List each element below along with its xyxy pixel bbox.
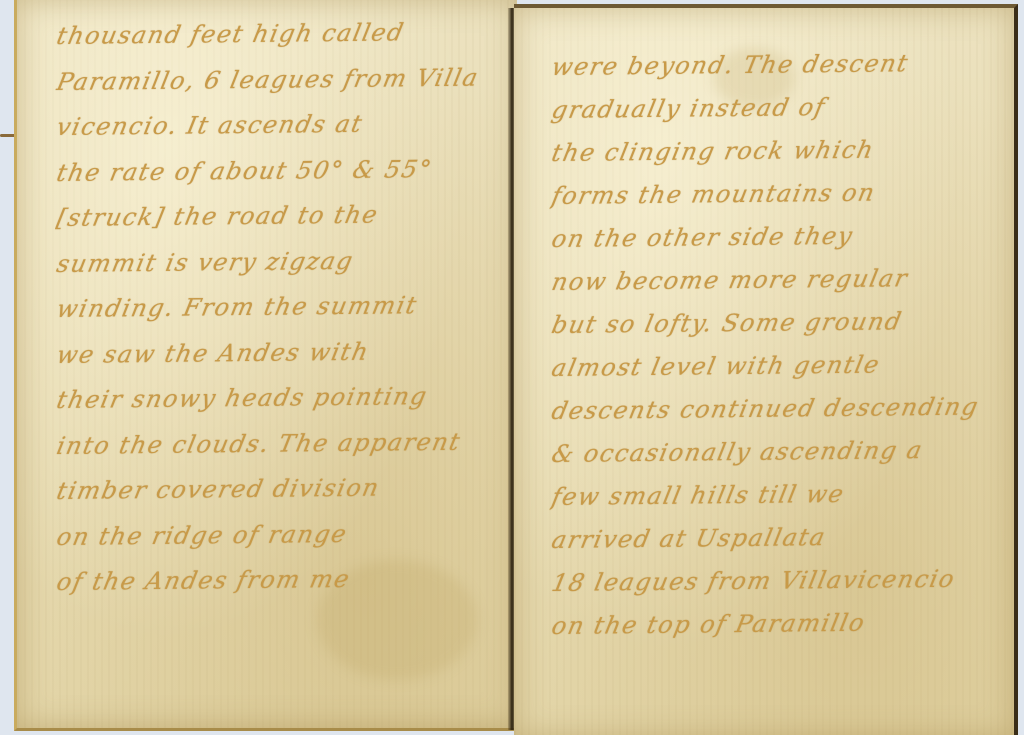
manuscript-line: forms the mountains on — [548, 170, 1000, 218]
left-page: thousand feet high called Paramillo, 6 l… — [14, 0, 517, 731]
manuscript-line: on the other side they — [548, 213, 1000, 261]
right-page: were beyond. The descent gradually inste… — [514, 4, 1018, 735]
manuscript-line: the rate of about 50° & 55° — [52, 146, 502, 196]
manuscript-line: few small hills till we — [548, 471, 1000, 519]
manuscript-line: gradually instead of — [548, 84, 1000, 132]
right-page-text: were beyond. The descent gradually inste… — [552, 46, 994, 648]
manuscript-line: almost level with gentle — [548, 342, 1000, 390]
manuscript-line: of the Andes from me — [52, 555, 502, 605]
manuscript-line: arrived at Uspallata — [548, 514, 1000, 562]
manuscript-line: now become more regular — [548, 256, 1000, 304]
manuscript-line: on the top of Paramillo — [548, 600, 1000, 648]
manuscript-line: & occasionally ascending a — [548, 428, 1000, 476]
manuscript-line: Paramillo, 6 leagues from Villa — [52, 55, 502, 105]
manuscript-line: thousand feet high called — [52, 9, 502, 59]
manuscript-line: winding. From the summit — [52, 282, 502, 332]
left-page-text: thousand feet high called Paramillo, 6 l… — [57, 14, 497, 606]
manuscript-line: timber covered division — [52, 464, 502, 514]
manuscript-spread: thousand feet high called Paramillo, 6 l… — [0, 0, 1024, 735]
manuscript-line: the clinging rock which — [548, 127, 1000, 175]
manuscript-line: we saw the Andes with — [52, 328, 502, 378]
manuscript-line: but so lofty. Some ground — [548, 299, 1000, 347]
manuscript-line: their snowy heads pointing — [52, 373, 502, 423]
manuscript-line: were beyond. The descent — [548, 41, 1000, 89]
manuscript-line: [struck] the road to the — [52, 191, 502, 241]
manuscript-line: 18 leagues from Villavicencio — [548, 557, 1000, 605]
manuscript-line: descents continued descending — [548, 385, 1000, 433]
manuscript-line: vicencio. It ascends at — [52, 100, 502, 150]
manuscript-line: into the clouds. The apparent — [52, 419, 502, 469]
manuscript-line: on the ridge of range — [52, 510, 502, 560]
manuscript-line: summit is very zigzag — [52, 237, 502, 287]
